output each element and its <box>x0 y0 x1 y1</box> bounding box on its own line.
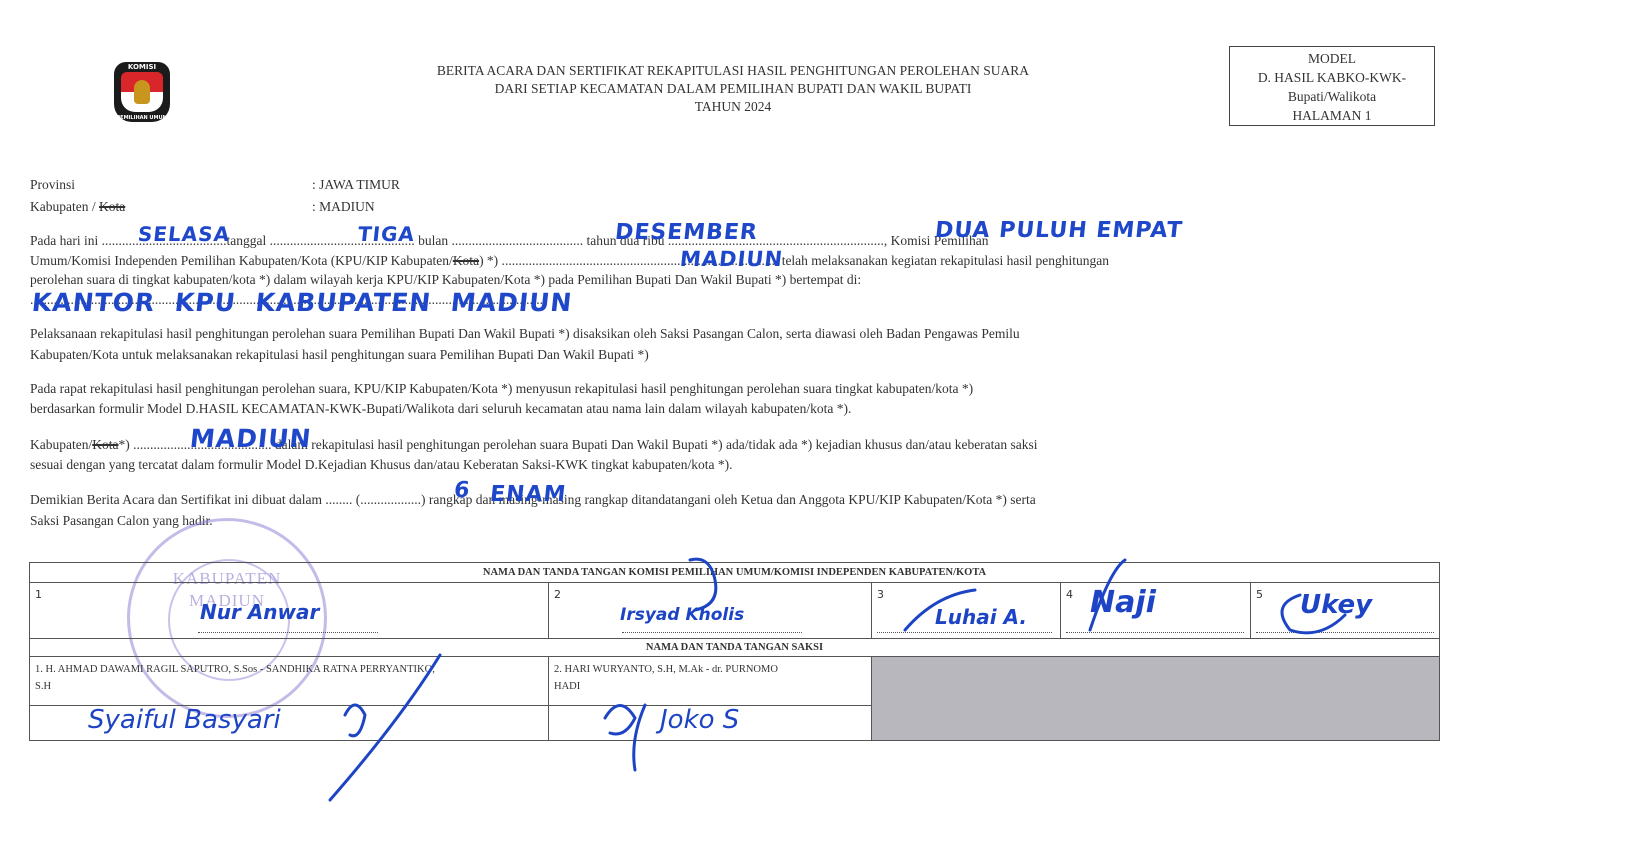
signature-strokes <box>0 0 1633 847</box>
